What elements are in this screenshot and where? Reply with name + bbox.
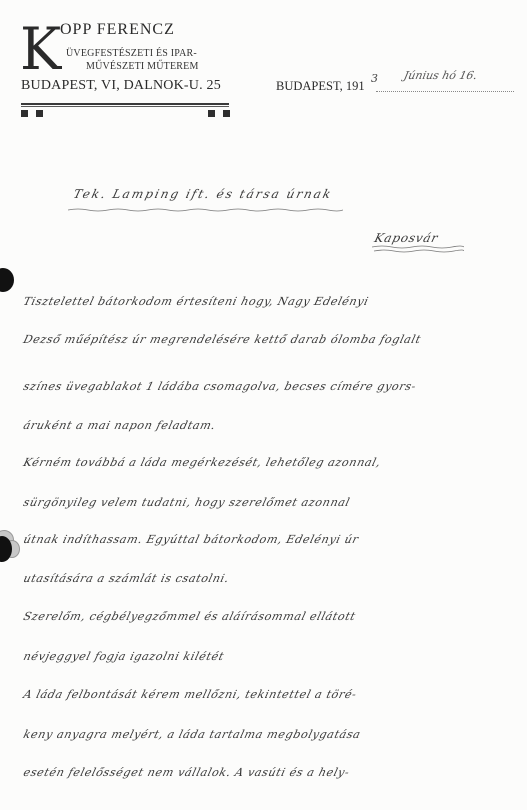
body-line-13: esetén felelősséget nem vállalok. A vasú…	[22, 766, 351, 779]
body-line-5: Kérném továbbá a láda megérkezését, lehe…	[22, 456, 382, 469]
body-line-2: Dezső műépítész úr megrendelésére kettő …	[22, 333, 422, 346]
body-line-1: Tisztelettel bátorkodom értesíteni hogy,…	[22, 295, 370, 308]
body-line-8: utasítására a számlát is csatolni.	[22, 572, 231, 585]
body-line-11: A láda felbontását kérem mellőzni, tekin…	[22, 688, 358, 701]
company-name: OPP FERENCZ	[60, 21, 175, 39]
ornament-square	[36, 110, 43, 117]
company-subtitle-2: MŰVÉSZETI MŰTEREM	[86, 61, 199, 72]
addressee-name: Tek. Lamping ift. és társa úrnak	[72, 187, 334, 201]
punch-hole-top	[0, 268, 14, 292]
letterhead-initial: K	[20, 20, 61, 78]
addressee-city: Kaposvár	[373, 231, 440, 245]
ornament-square	[208, 110, 215, 117]
body-line-10: névjeggyel fogja igazolni kilétét	[22, 650, 226, 663]
ornament-square	[223, 110, 230, 117]
body-line-4: áruként a mai napon feladtam.	[22, 419, 217, 432]
body-line-3: színes üvegablakot 1 ládába csomagolva, …	[22, 380, 418, 393]
body-line-6: sürgönyileg velem tudatni, hogy szerelőm…	[22, 496, 351, 509]
city-underline	[372, 245, 464, 253]
addressee-underline	[68, 208, 343, 212]
date-dotted-line	[376, 91, 514, 92]
body-line-7: útnak indíthassam. Egyúttal bátorkodom, …	[22, 533, 360, 546]
ornament-square	[21, 110, 28, 117]
letterhead: K OPP FERENCZ ÜVEGFESTÉSZETI ÉS IPAR- MŰ…	[20, 18, 232, 118]
date-handwritten: Június hó 16.	[403, 69, 479, 82]
letterhead-rule	[21, 103, 229, 107]
date-printed: BUDAPEST, 191	[276, 79, 365, 94]
company-address: BUDAPEST, VI, DALNOK-U. 25	[21, 78, 221, 94]
date-year-digit: 3	[371, 72, 378, 85]
dateline: BUDAPEST, 191 3 Június hó 16.	[276, 76, 516, 96]
body-line-9: Szerelőm, cégbélyegzőmmel és aláírásomma…	[22, 610, 357, 623]
body-line-12: keny anyagra melyért, a láda tartalma me…	[22, 728, 362, 741]
company-subtitle-1: ÜVEGFESTÉSZETI ÉS IPAR-	[66, 48, 197, 59]
